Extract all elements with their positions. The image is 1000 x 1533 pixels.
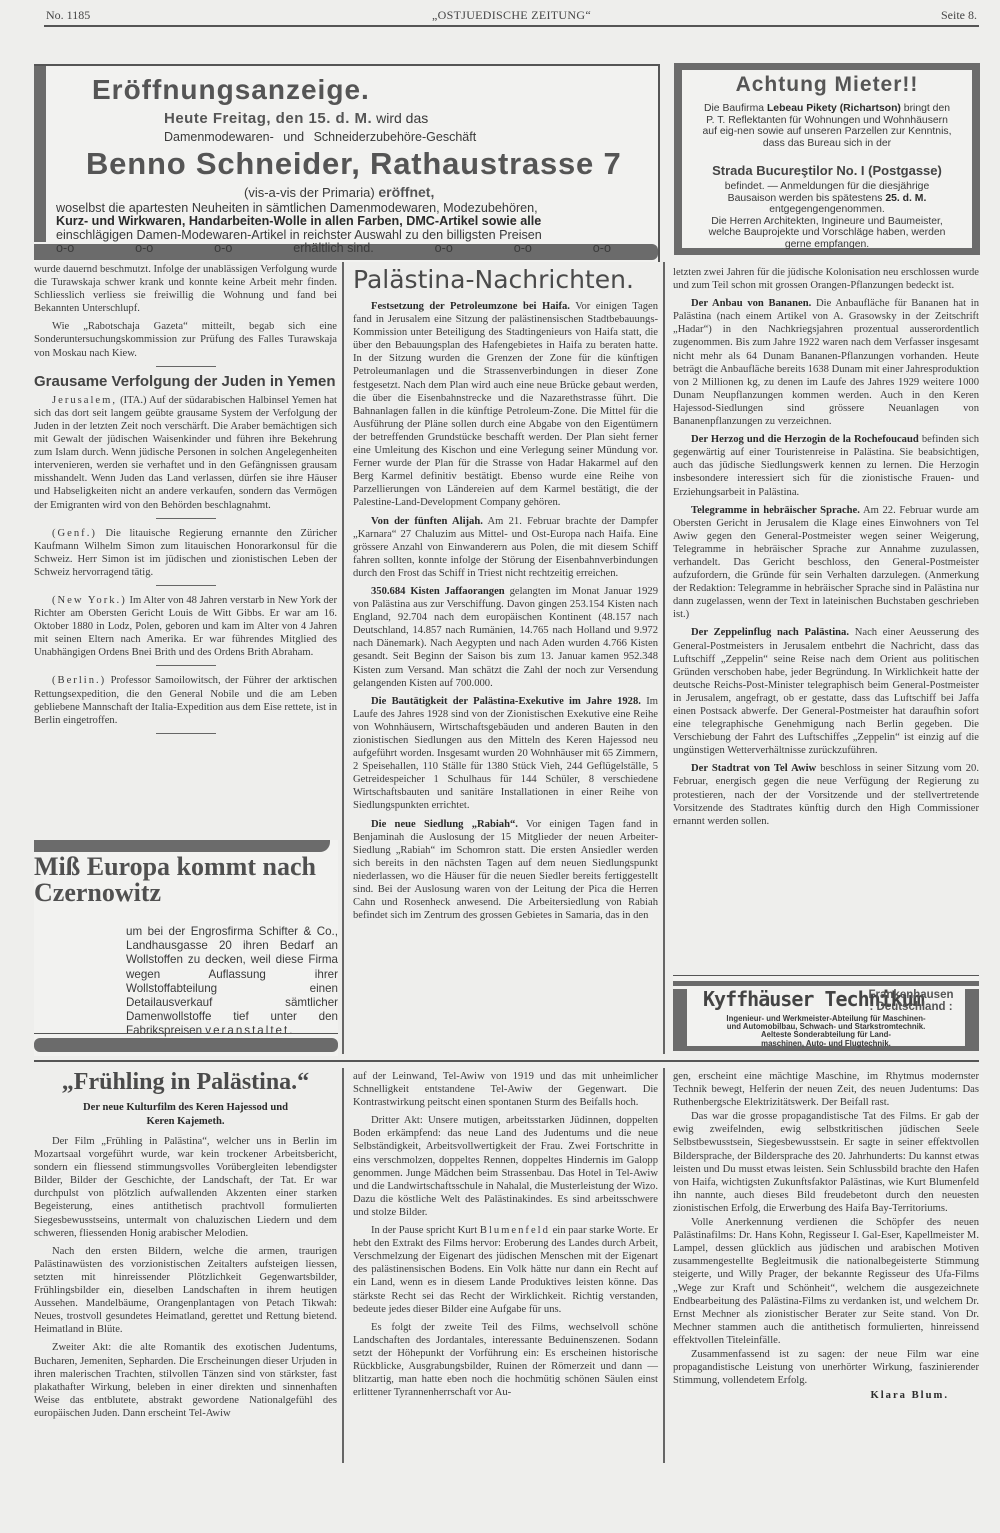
- film-paragraph: auf der Leinwand, Tel-Awiw von 1919 und …: [353, 1070, 658, 1109]
- ad-border-left: [674, 63, 682, 255]
- film-paragraph: Zusammenfassend ist zu sagen: der neue F…: [673, 1348, 979, 1387]
- ad-border-top: [34, 840, 330, 852]
- news-rabiah: Die neue Siedlung „Rabiah“. Vor einigen …: [353, 818, 658, 923]
- article-paragraph: Wie „Rabotschaja Gazeta“ mitteilt, begab…: [34, 320, 337, 359]
- news-bananen: Der Anbau von Bananen. Die Anbaufläche f…: [673, 297, 979, 428]
- ad-border-left: [34, 66, 46, 242]
- ad-border-bottom: [34, 1038, 338, 1052]
- separator: [156, 665, 216, 666]
- film-paragraph: Der Film „Frühling in Palästina“, welche…: [34, 1135, 337, 1240]
- masthead: No. 1185 „OSTJUEDISCHE ZEITUNG“ Seite 8.: [44, 8, 979, 22]
- film-paragraph: Dritter Akt: Unsere mutigen, arbeitsstar…: [353, 1114, 658, 1219]
- ad-border-right: [972, 63, 980, 255]
- ad-mieter-address: Strada Bucureştilor No. I (Postgasse): [684, 163, 970, 178]
- news-alijah: Von der fünften Alijah. Am 21. Februar b…: [353, 515, 658, 580]
- ad-shop-name: Benno Schneider, Rathaustrasse 7: [86, 146, 622, 182]
- ad-body: woselbst die apartesten Neuheiten in säm…: [56, 202, 646, 255]
- column-2: Palästina-Nachrichten. Festsetzung der P…: [353, 266, 658, 927]
- column-rule-3: [342, 1068, 344, 1463]
- ad-mieter: Achtung Mieter!! Die Baufirma Lebeau Pik…: [674, 63, 980, 255]
- article-yemen: Jerusalem, (ITA.) Auf der südarabischen …: [34, 394, 337, 512]
- film-paragraph: In der Pause spricht Kurt Blumenfeld ein…: [353, 1224, 658, 1316]
- ad-border-top: [674, 63, 980, 70]
- ad-kyff-body: Ingenieur- und Werkmeister-Abteilung für…: [689, 1015, 963, 1048]
- article-continuation: wurde dauernd beschmutzt. Infolge der un…: [34, 263, 337, 315]
- section-rule: [34, 1060, 979, 1062]
- ad-eroeffnung: Eröffnungsanzeige. Heute Freitag, den 15…: [34, 64, 660, 262]
- film-paragraph: Das war die grosse propagandistische Tat…: [673, 1110, 979, 1215]
- ad-rule: [34, 1033, 338, 1034]
- ad-kyff-location: Frankenhausen : Deutschland :: [863, 989, 959, 1013]
- article-title-yemen: Grausame Verfolgung der Juden in Yemen: [34, 375, 337, 388]
- separator: [156, 366, 216, 367]
- ad-border-right: [965, 989, 979, 1046]
- ad-kyffhaeuser: Kyffhäuser Technikum Frankenhausen : Deu…: [673, 975, 979, 1051]
- ad-miss-europa: Miß Europa kommt nach Czernowitz um bei …: [34, 840, 338, 1056]
- film-subtitle: Der neue Kulturfilm des Keren Hajessod u…: [34, 1101, 337, 1129]
- separator: [156, 518, 216, 519]
- ad-border-left: [673, 989, 687, 1046]
- separator: [156, 585, 216, 586]
- column-3: letzten zwei Jahren für die jüdische Kol…: [673, 266, 979, 833]
- news-bautaetigkeit: Die Bautätigkeit der Palästina-Exekutive…: [353, 695, 658, 813]
- ad-ornament-row: o-o o-o o-o erhältlich sind. o-o o-o o-o: [56, 242, 611, 255]
- news-orangen: 350.684 Kisten Jaffaorangen gelangten im…: [353, 585, 658, 690]
- news-herzog: Der Herzog und die Herzogin de la Rochef…: [673, 433, 979, 498]
- film-paragraph: Volle Anerkennung verdienen die Schöpfer…: [673, 1216, 979, 1347]
- column-1: wurde dauernd beschmutzt. Infolge der un…: [34, 263, 337, 742]
- ad-headline: Achtung Mieter!!: [684, 73, 970, 97]
- separator: [156, 733, 216, 734]
- newspaper-title: „OSTJUEDISCHE ZEITUNG“: [44, 8, 979, 23]
- ad-headline: Eröffnungsanzeige.: [92, 74, 370, 106]
- ad-rule: [673, 975, 979, 976]
- section-title: Palästina-Nachrichten.: [353, 266, 658, 294]
- film-author: Klara Blum.: [673, 1389, 979, 1402]
- ad-mieter-p1: Die Baufirma Lebeau Pikety (Richartson) …: [702, 103, 952, 149]
- column-rule-2: [663, 262, 665, 1054]
- film-column-2: auf der Leinwand, Tel-Awiw von 1919 und …: [353, 1070, 658, 1404]
- film-paragraph: Zweiter Akt: die alte Romantik des exoti…: [34, 1341, 337, 1420]
- article-berlin: (Berlin.) Professor Samoilowitsch, der F…: [34, 674, 337, 726]
- page-number: Seite 8.: [941, 8, 977, 23]
- masthead-rule: [44, 25, 979, 27]
- news-telegramme: Telegramme in hebräischer Sprache. Am 22…: [673, 504, 979, 622]
- ad-europa-body: um bei der Engrosfirma Schifter & Co., L…: [126, 925, 338, 1039]
- article-genf: (Genf.) Die litauische Regierung ernannt…: [34, 527, 337, 579]
- film-paragraph: gen, erscheint eine mächtige Maschine, i…: [673, 1070, 979, 1109]
- film-column-3: gen, erscheint eine mächtige Maschine, i…: [673, 1070, 979, 1402]
- film-paragraph: Es folgt der zweite Teil des Films, wech…: [353, 1321, 658, 1400]
- ad-headline: Miß Europa kommt nach Czernowitz: [34, 854, 340, 906]
- film-paragraph: Nach den ersten Bildern, welche die arme…: [34, 1245, 337, 1337]
- ad-mieter-p2: befindet. — Anmeldungen für die diesjähr…: [702, 181, 952, 251]
- article-continuation: letzten zwei Jahren für die jüdische Kol…: [673, 266, 979, 292]
- ad-date-line: Heute Freitag, den 15. d. M. wird das: [164, 110, 428, 127]
- film-title: „Frühling in Palästina.“: [34, 1067, 337, 1097]
- ad-border-top: [673, 981, 979, 986]
- ad-opened-line: (vis-a-vis der Primaria) eröffnet,: [244, 184, 434, 200]
- news-zeppelin: Der Zeppelinflug nach Palästina. Nach ei…: [673, 626, 979, 757]
- news-stadtrat: Der Stadtrat von Tel Awiw beschloss in s…: [673, 762, 979, 827]
- ad-shop-type: Damenmodewaren- und Schneiderzubehöre-Ge…: [164, 130, 476, 144]
- article-newyork: (New York.) Im Alter von 48 Jahren verst…: [34, 594, 337, 659]
- news-petroleum: Festsetzung der Petroleumzone bei Haifa.…: [353, 300, 658, 510]
- film-column-1: „Frühling in Palästina.“ Der neue Kultur…: [34, 1067, 337, 1425]
- column-rule-1: [342, 262, 344, 1054]
- column-rule-4: [663, 1068, 665, 1463]
